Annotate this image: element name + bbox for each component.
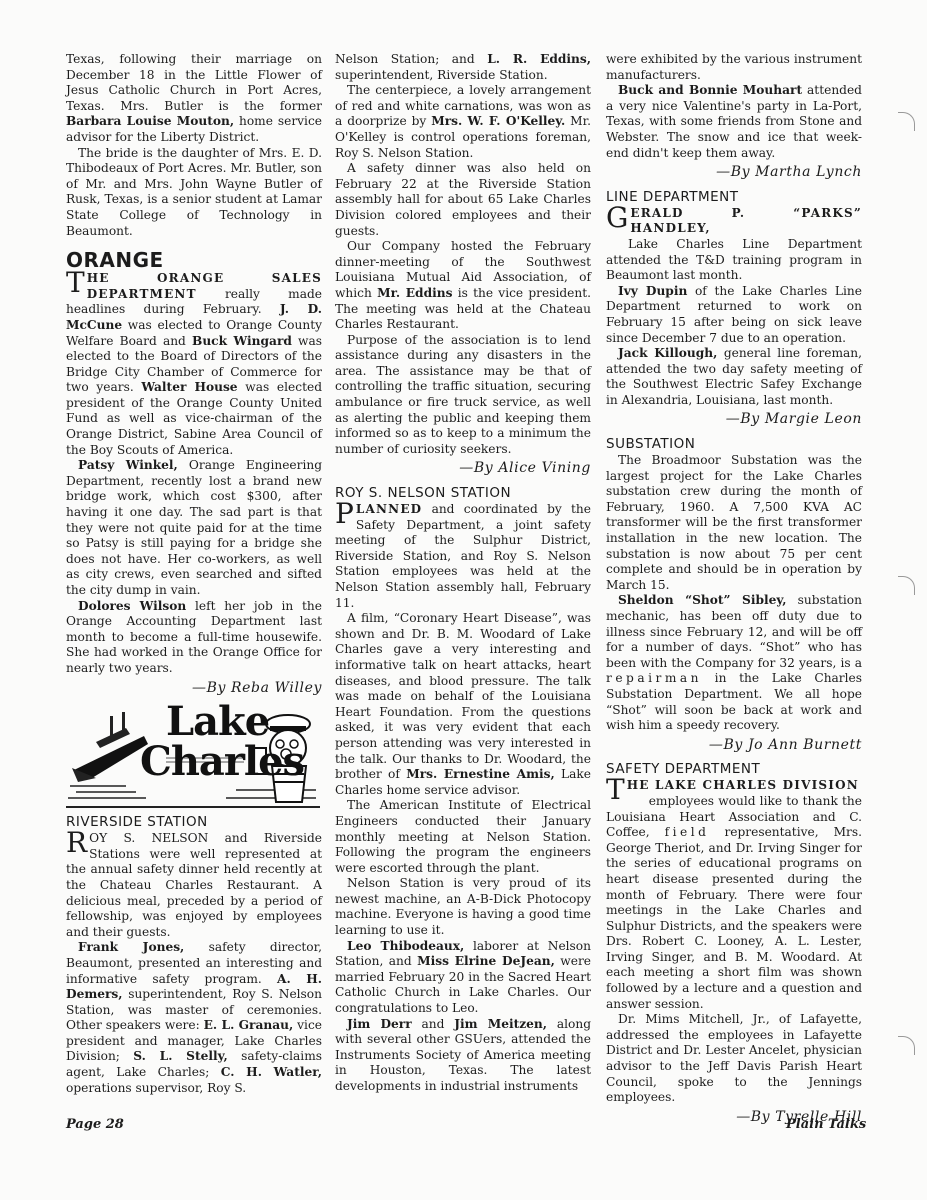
orange-lead-paragraph: THE ORANGE SALES DEPARTMENT really made … [66,271,322,458]
aiee-paragraph: The American Institute of Electrical Eng… [335,798,591,876]
riverside-paragraph-continued: Nelson Station; and L. R. Eddins, superi… [335,52,591,83]
instruments-paragraph-continued: were exhibited by the various instrument… [606,52,862,83]
logo-text-lake: Lake [166,714,269,730]
dolores-wilson-paragraph: Dolores Wilson left her job in the Orang… [66,599,322,677]
ivy-dupin-paragraph: Ivy Dupin of the Lake Charles Line Depar… [606,284,862,346]
section-heading-line-department: LINE DEPARTMENT [606,189,862,205]
drop-cap: G [606,206,628,230]
safety-lead-paragraph: THE LAKE CHARLES DIVISIONemployees would… [606,778,862,1012]
wedding-leo-paragraph: Leo Thibodeaux, laborer at Nelson Statio… [335,939,591,1017]
jack-killough-paragraph: Jack Killough, general line foreman, att… [606,346,862,408]
bride-paragraph: The bride is the daughter of Mrs. E. D. … [66,146,322,240]
valentine-party-paragraph: Buck and Bonnie Mouhart attended a very … [606,83,862,161]
patsy-winkel-paragraph: Patsy Winkel, Orange Engineering Departm… [66,458,322,598]
section-heading-riverside: RIVERSIDE STATION [66,814,322,830]
drop-cap: P [335,502,354,526]
wedding-paragraph-continued: Texas, following their marriage on Decem… [66,52,322,146]
riverside-lead-paragraph: ROY S. NELSON and Riverside Stations wer… [66,831,322,940]
lake-charles-logo: Lake Charles [66,706,320,808]
publication-name: Plain Talks [786,1117,866,1132]
drop-cap: T [606,778,625,802]
byline-alice-vining: —By Alice Vining [335,461,591,477]
column-2: Nelson Station; and L. R. Eddins, superi… [335,52,591,1095]
column-3: were exhibited by the various instrument… [606,52,862,1133]
byline-jo-ann-burnett: —By Jo Ann Burnett [606,738,862,754]
mims-mitchell-paragraph: Dr. Mims Mitchell, Jr., of Lafayette, ad… [606,1012,862,1106]
drop-cap: T [66,271,85,295]
section-heading-safety-department: SAFETY DEPARTMENT [606,761,862,777]
section-heading-roy-s-nelson: ROY S. NELSON STATION [335,485,591,501]
centerpiece-paragraph: The centerpiece, a lovely arrangement of… [335,83,591,161]
byline-martha-lynch: —By Martha Lynch [606,165,862,181]
section-heading-substation: SUBSTATION [606,436,862,452]
binder-hole-mark [898,576,915,595]
association-purpose-paragraph: Purpose of the association is to lend as… [335,333,591,458]
mutual-aid-paragraph: Our Company hosted the February dinner-m… [335,239,591,333]
logo-text-charles: Charles [140,754,304,770]
column-1: Texas, following their marriage on Decem… [66,52,322,1096]
byline-margie-leon: —By Margie Leon [606,412,862,428]
broadmoor-substation-paragraph: The Broadmoor Substation was the largest… [606,453,862,593]
byline-reba-willey: —By Reba Willey [66,681,322,697]
instruments-society-paragraph: Jim Derr and Jim Meitzen, along with sev… [335,1017,591,1095]
newsletter-page: Texas, following their marriage on Decem… [0,0,927,1200]
photocopy-paragraph: Nelson Station is very proud of its newe… [335,876,591,938]
nelson-lead-paragraph: PLANNED and coordinated by the Safety De… [335,502,591,611]
drop-cap: R [66,831,87,855]
safety-dinner-paragraph: A safety dinner was also held on Februar… [335,161,591,239]
page-number: Page 28 [66,1117,124,1132]
heart-film-paragraph: A film, “Coronary Heart Disease”, was sh… [335,611,591,798]
binder-hole-mark [898,112,915,131]
frank-jones-paragraph: Frank Jones, safety director, Beaumont, … [66,940,322,1096]
binder-hole-mark [898,1036,915,1055]
section-heading-orange: ORANGE [66,249,322,271]
line-dept-lead-paragraph: GERALD P. “PARKS” HANDLEY,Lake Charles L… [606,206,862,284]
shot-sibley-paragraph: Sheldon “Shot” Sibley, substation mechan… [606,593,862,733]
